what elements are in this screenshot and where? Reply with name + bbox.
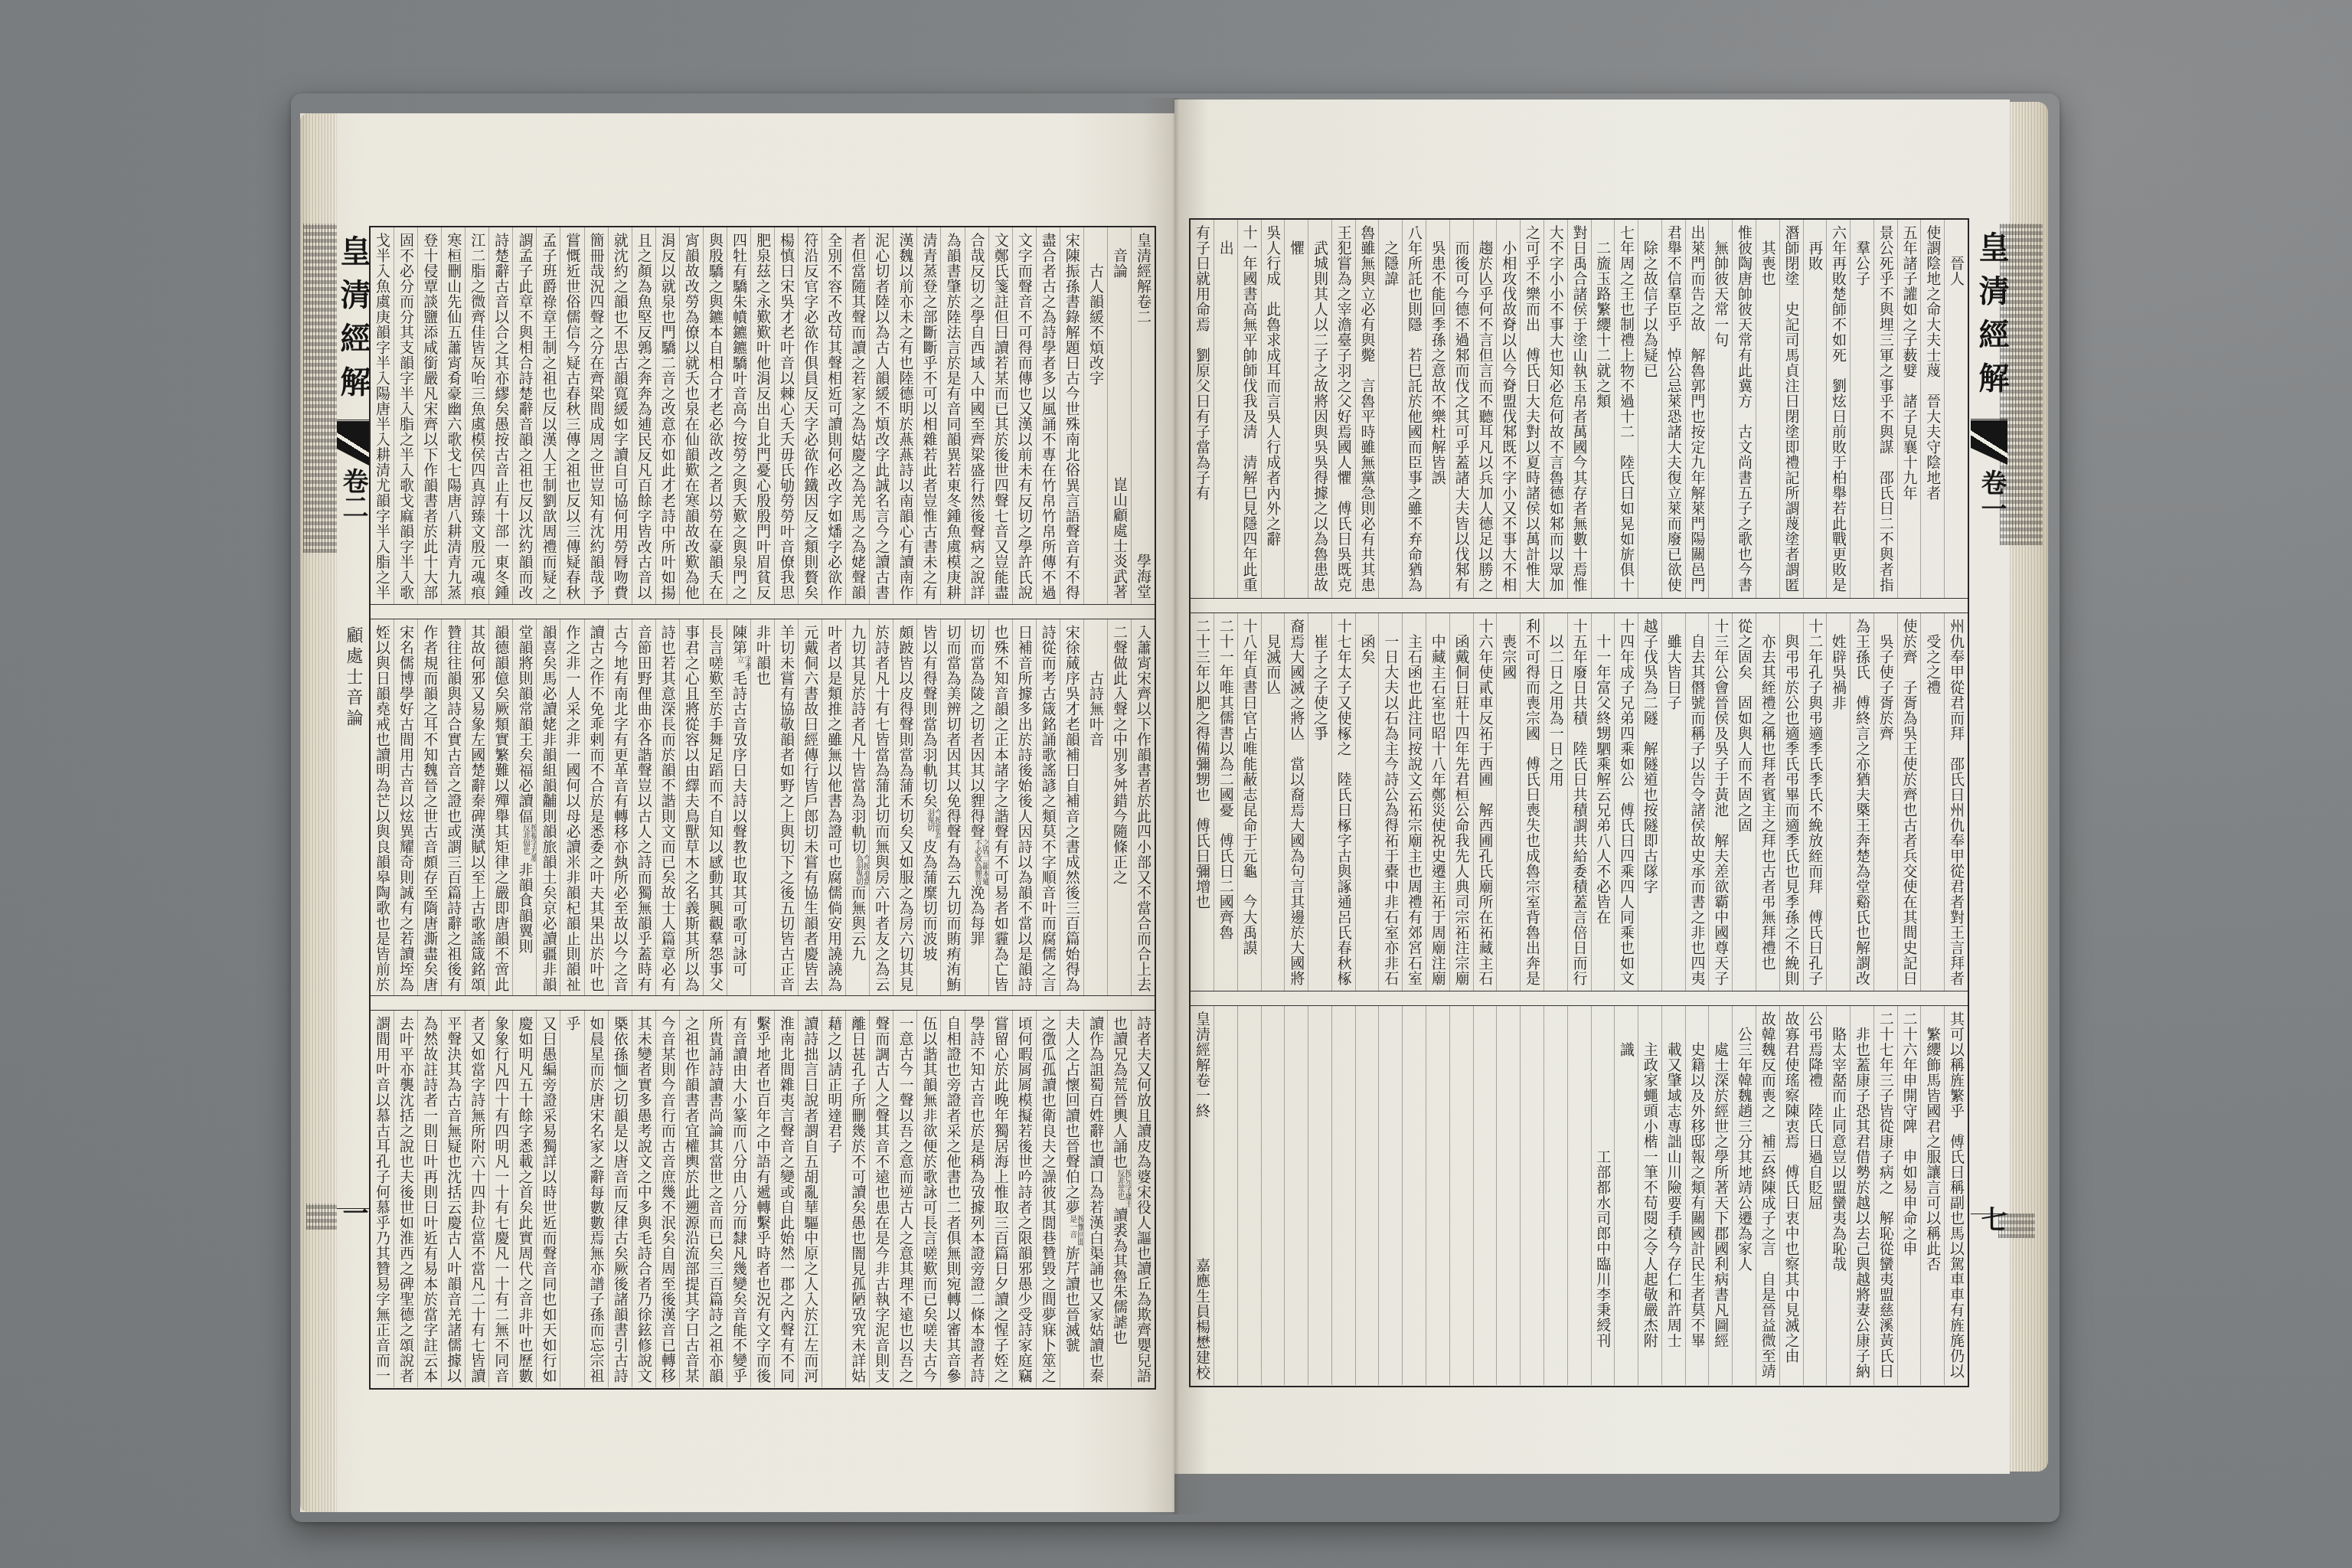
text-column: 簡冊哉況四聲之分在齊梁間成周之世豈知有沈約韻哉予	[584, 227, 608, 604]
text-column: 涓反以就泉也門驕二音之改意亦如此才老詩中所叶如揚	[655, 227, 679, 604]
banxin-title: 皇清經解	[337, 235, 369, 410]
column-text: 切而當為美辨切者因其以免得聲有為云九切而賄痏洧鮪	[945, 625, 962, 992]
column-text: 其可以稱旌繁乎 傅氏曰稱副也馬以駕車車有旌旄仍以	[1948, 1011, 1965, 1379]
column-text: 今音某則今音行而古音庶幾不泯矣自周至後漢音已轉移	[659, 1016, 676, 1383]
text-column: 十五年廢日共積 陸氏曰共積謂共給委積蓋言倍日而行	[1567, 613, 1591, 991]
column-text: 無帥彼天常一句	[1712, 225, 1729, 348]
column-text: 二十一年唯其儒書以為二國憂 傅氏曰二國齊魯	[1217, 619, 1234, 940]
text-column: 元戴侗六書故曰經傳行皆戶郎切未嘗有協生韻者慶皆去	[798, 619, 822, 995]
column-text: 武城則其人以二子之故將因與吳吳得據之以為魯患故	[1312, 225, 1328, 593]
column-text: 詩也若其意深長而於韻不諧則文而已矣故士人篇章必有	[659, 625, 676, 992]
column-text: 於詩者凡十有七皆當為蒲北切而無與房六叶者友之為云	[873, 625, 890, 992]
column-text: 清青蒸登之部斷斷乎不可以相雜若此者豈惟古書未之有	[920, 233, 937, 600]
text-column: 又曰愚編旁證采易獨詳以時世近而聲音同也如天如行如	[536, 1011, 560, 1387]
text-column: 二十一年唯其儒書以為二國憂 傅氏曰二國齊魯	[1214, 613, 1237, 991]
text-column: 如晨星而於唐宋名家之辭每數數焉無亦譜子孫而忘宗祖	[584, 1011, 608, 1387]
column-text: 泥心切者陸以為古人韻緩不煩改字此誠名言今之讀古書	[873, 233, 890, 600]
text-column: 亦去其絰禮之稱也拜者賓主之拜也古者弔無拜禮也	[1756, 613, 1779, 991]
column-text: 乎	[564, 1016, 581, 1031]
text-column: 使於齊 子胥為吳王使於齊也古者兵交使在其間史記曰	[1897, 613, 1921, 991]
column-text: 慶如明凡五十餘字悉載之首矣此實周代之音非叶也歷數	[516, 1016, 533, 1383]
column-text: 十一年國書高無平帥師伐我及清 清解巳見隱四年此重	[1241, 225, 1258, 593]
text-column: 作者規而韻之耳不知魏晉之世古音頗存至隋唐澌盡矣唐	[417, 619, 441, 995]
column-text: 崔子之子使之爭	[1312, 619, 1328, 741]
column-text: 詩從而考古箴銘誦歌謠諺之類莫不字順音叶而腐儒之言	[1040, 625, 1057, 992]
text-column	[1426, 1006, 1449, 1385]
column-text: 元戴侗六書故曰經傳行皆戶郎切未嘗有協生韻者慶皆去	[802, 625, 818, 992]
text-column	[1496, 1006, 1520, 1385]
text-column: 函矣	[1355, 613, 1379, 991]
text-column: 楊慎曰宋吳才老叶音以棘心夭夭毋氏劬勞勞叶音僚我思	[774, 227, 798, 604]
text-column: 聲而調古人之聲其音不遠也患在是今非古執字泥音則支	[869, 1011, 893, 1387]
column-text: 又曰愚編旁證采易獨詳以時世近而聲音同也如天如行如	[540, 1016, 557, 1383]
column-text: 受之之禮	[1924, 619, 1941, 695]
column-text: 作者規而韻之耳不知魏晉之世古音頗存至隋唐澌盡矣唐	[421, 625, 438, 992]
text-column: 音節田野俚曲亦各諧聲豈以古人之詩而獨無韻乎蓋時有	[632, 619, 655, 995]
text-column	[1378, 1006, 1402, 1385]
column-text: 為然故註詩者一則曰叶再則曰叶近有易本於當字註云本	[421, 1016, 438, 1383]
column-text: 十二年孔子與弔適季氏季氏不絻放絰而拜 傅氏曰孔子	[1806, 619, 1823, 986]
column-text: 二聲做此入聲之中別多舛錯今隨條正之	[1111, 625, 1128, 885]
text-column: 姓辟吳禍非	[1826, 613, 1850, 991]
text-column: 之隱諱	[1378, 220, 1402, 598]
column-text: 大不字小小不事大也知必危何故不言魯德如邾而以眾加	[1547, 225, 1564, 593]
column-text: 吳人行成 此魯求成耳而言吳人行成者內外之辭	[1264, 225, 1281, 547]
column-text: 楊慎曰宋吳才老叶音以棘心夭夭毋氏劬勞勞叶音僚我思	[778, 233, 795, 600]
column-text: 為韻書肇於陸法言於是有音同韻異若東冬鍾魚虞模庚耕	[945, 233, 962, 600]
column-text: 文鄭氏箋註但曰讀若某而已其於後世四聲七音又豈能盡	[992, 233, 1009, 600]
column-text: 者但當隨其聲而讀之若家之為姑慶之為羌馬之為姥聲韻	[849, 233, 866, 600]
column-text: 江二脂之微齊佳皆灰咍三魚虞模侯四真諄臻文殷元魂痕	[469, 233, 485, 600]
text-column: 魯雖無與立必有與斃 言魯平時雖無黨急則必有共其患	[1355, 220, 1379, 598]
text-column: 公弔焉降禮 陸氏曰過自貶屈	[1803, 1006, 1827, 1385]
text-column: 頗跛皆以皮得聲則當為蒲禾切矣又如服之為房六切其見	[893, 619, 916, 995]
column-text: 越子伐吳為二隧 解隧道也按隧即古隊字	[1641, 619, 1658, 894]
text-column: 謂間用叶音以慕古耳孔子何慕乎乃其贊易字無正音而一	[371, 1011, 394, 1387]
column-text: 十八年貞書曰官占唯能蔽志昆命于元龜 今大禹謨	[1241, 619, 1258, 955]
fish-tail-mark	[337, 421, 369, 465]
column-text: 十四年成子兄弟四乘如公 傅氏曰四乘四人同乘也如文	[1618, 619, 1635, 986]
text-column: 有音讀由大小篆而八分由八分而隸凡幾變矣音能不變乎	[727, 1011, 750, 1387]
register-middle: 入蕭宵宋齊以下作韻書者於此四小部又不當合而合上去二聲做此入聲之中別多舛錯今隨條正…	[371, 619, 1155, 996]
banxin-title: 皇清經解	[1971, 231, 2007, 406]
text-column	[1284, 1006, 1308, 1385]
text-column: 戈半入魚虞庚韻字半入陽唐半入耕清尤韻字半入脂之半	[371, 227, 394, 604]
column-text: 故寡君使瑤察陳衷焉 傅氏曰衷中也察其中見滅之由	[1783, 1011, 1800, 1364]
text-column: 中藏主石室也昭十八年鄭災使祝史遷主祏于周廟注廟	[1426, 613, 1449, 991]
column-text: 其喪也	[1759, 225, 1776, 286]
column-text: 雖大皆曰子	[1665, 619, 1682, 710]
column-text: 者又如當字詩無所附六十四卦位當不當凡二十有七皆讀	[469, 1016, 485, 1383]
text-column: 者又如當字詩無所附六十四卦位當不當凡二十有七皆讀	[465, 1011, 488, 1387]
column-text: 藉之以請正明達君子	[825, 1016, 842, 1154]
column-text: 戈半入魚虞庚韻字半入陽唐半入耕清尤韻字半入脂之半	[374, 233, 390, 600]
text-column: 音論崑山顧處士炎武著	[1107, 227, 1131, 604]
column-text: 與殷驕之與鑣本自相合才老必欲改之者以勞在豪韻夭在	[707, 233, 724, 600]
column-text: 公三年韓魏趙三分其地靖公遷為家人	[1736, 1011, 1753, 1272]
text-column: 吳子使子胥於齊	[1873, 613, 1897, 991]
text-column: 二十六年申開守陴 申如易申命之申	[1897, 1006, 1921, 1385]
column-text: 贊往往韻與詩合實古音之證也或謂三百篇詩辭之祖後有	[445, 625, 462, 992]
column-text: 使謂陰地之命大夫士蔑 晉大夫守陰地者	[1924, 225, 1941, 501]
text-column: 十一年富父終甥駟乘解云兄弟八人不必皆在	[1591, 613, 1615, 991]
column-top-text: 音論	[1108, 233, 1131, 279]
column-text: 自相證也旁證者采之他書也二者俱無則宛轉以審其音參	[945, 1016, 962, 1383]
text-column: 載又肇域志專詘山川險要手積今存仁和許周士	[1661, 1006, 1685, 1385]
column-text: 韻德韻億矣厥類實繁難以殫舉其矩律之嚴即唐韻不啻此	[492, 625, 509, 992]
column-text: 之祖也作韻書者宜權輿於此遡源沿流部提其字曰古音某	[683, 1016, 700, 1383]
text-column: 故韓魏反而喪之 補云終陳成子之言 自是晉益微至靖	[1756, 1006, 1779, 1385]
column-text: 對日禹合諸侯于塗山執玉帛者萬國今其存者無數十焉惟	[1571, 225, 1588, 593]
column-text: 中藏主石室也昭十八年鄭災使祝史遷主祏于周廟注廟	[1429, 619, 1446, 986]
text-column: 與殷驕之與鑣本自相合才老必欲改之者以勞在豪韻夭在	[703, 227, 727, 604]
left-edge-ink-bleed	[303, 224, 337, 553]
column-text: 二十七年三子皆從康子病之 解恥從蠻夷盟慈溪黃氏曰	[1877, 1011, 1894, 1379]
column-text: 去叶平亦襲沈括之說也夫後世如淮西之碑聖德之頌說者	[397, 1016, 414, 1383]
text-column: 自相證也旁證者采之他書也二者俱無則宛轉以審其音參	[940, 1011, 964, 1387]
column-text: 十一年富父終甥駟乘解云兄弟八人不必皆在	[1594, 619, 1611, 925]
text-column	[1520, 1006, 1543, 1385]
inline-note: 今按當為羽鬼切	[925, 808, 940, 839]
column-text: 槩依孫愐之切韻是以唐音而反律古矣厥後諸韻書引古詩	[612, 1016, 629, 1383]
text-column: 贊往往韻與詩合實古音之證也或謂三百篇詩辭之祖後有	[441, 619, 465, 995]
text-column: 羣公子	[1850, 220, 1873, 598]
column-text: 函矣	[1358, 619, 1375, 665]
column-text: 也讀兄為荒晉輿人誦也按兄字虛王反非荒也讀裘為其魯朱儒謔也	[1111, 1016, 1128, 1345]
column-text: 王犯嘗為之宰澹臺子羽之父好焉國人懼 傅氏曰吳既克	[1335, 225, 1352, 593]
column-text: 皆以有得聲則當為羽軌切矣今按當為羽鬼切皮為蒲糜切而波坡	[920, 625, 937, 962]
text-column: 叶者以是類推之雖無以他書為證可也腐儒倘安用譊譊為	[822, 619, 845, 995]
column-text: 盡合者古之為詩學者多以風誦不專在竹帛竹帛所傳不過	[1040, 233, 1057, 600]
text-column: 與弔弔於公也適季氏弔畢而適季氏也見季孫之不絻則	[1779, 613, 1803, 991]
text-column: 十八年貞書曰官占唯能蔽志昆命于元龜 今大禹謨	[1237, 613, 1261, 991]
column-text: 其故何邪又易象左國楚辭秦碑漢賦以至上古歌謠箴銘頌	[469, 625, 485, 992]
register-middle: 州仇奉甲從君而拜 邵氏曰州仇奉甲從君者對王言拜者 受之之禮使於齊 子胥為吳王使於…	[1191, 612, 1968, 991]
text-column: 古今地有南北字有更革音有轉移亦埶所必至故以今之音	[608, 619, 632, 995]
column-text: 謂間用叶音以慕古耳孔子何慕乎乃其贊易字無正音而一	[374, 1016, 390, 1383]
column-text: 文字而聲音不可得而傳也又漢以前未有反切之學許氏說	[1016, 233, 1033, 600]
text-column: 也殊不知音韻之正本諸字之諧聲有不可易者如霾為亡皆	[988, 619, 1012, 995]
column-text: 工部都水司郎中臨川李秉綬刊	[1594, 1011, 1611, 1348]
text-column: 懼	[1284, 220, 1308, 598]
column-text: 之徵瓜孤讀也衛良夫之譟彼其閭巷贊毀之間夢寐卜筮之	[1040, 1016, 1057, 1383]
text-column	[1449, 1006, 1473, 1385]
text-column: 之可乎不樂而出 傅氏曰大夫對以夏時諸侯以萬計惟大	[1520, 220, 1543, 598]
column-text: 自去其僭號而稱子以告令諸侯故史承而書之非也四夷	[1688, 619, 1705, 986]
column-text: 再敗	[1806, 225, 1823, 271]
column-text: 六年再敗楚師不如死 劉炫曰前敗于柏舉若此戰更敗是	[1830, 225, 1847, 593]
text-column: 漢魏以前亦未之有也陸德明於燕燕詩以南韻心有讀南作	[893, 227, 916, 604]
text-column: 其未變者實多愚考說文之中多與毛詩合者乃徐鉉修說文	[632, 1011, 655, 1387]
text-column: 所貴誦詩讀書尚論其當世之音而已矣三百篇詩之祖亦韻	[703, 1011, 727, 1387]
text-column: 文字而聲音不可得而傳也又漢以前未有反切之學許氏說	[1012, 227, 1036, 604]
column-text: 切而當為陵之切者因其以貍得聲之皆二韻本通不必改為貍音浼為每罪	[969, 625, 985, 946]
column-text: 五年諸子讙如之子薮嬖 諸子見襄十九年	[1900, 225, 1917, 501]
text-column: 六年再敗楚師不如死 劉炫曰前敗于柏舉若此戰更敗是	[1826, 220, 1850, 598]
text-column: 識	[1614, 1006, 1638, 1385]
text-column: 文鄭氏箋註但曰讀若某而已其於後世四聲七音又豈能盡	[988, 227, 1012, 604]
text-column: 而後可今德不過邾而伐之其可乎蓋諸大夫皆以伐邾有	[1449, 220, 1473, 598]
text-column: 詩也若其意深長而於韻不諧則文而已矣故士人篇章必有	[655, 619, 679, 995]
text-column: 頃何暇屑屑模擬若後世吟詩者之限韻邪愚少受詩家庭竊	[1012, 1011, 1036, 1387]
text-column: 作之非一人采之非一國何以母必讀米非韻杞韻止則韻祉	[560, 619, 583, 995]
text-column: 主石函也此注同按說文云祏宗廟主也周禮有郊宮石室	[1402, 613, 1426, 991]
text-column: 十四年成子兄弟四乘如公 傅氏曰四乘四人同乘也如文	[1614, 613, 1638, 991]
inline-note: 之皆二韻本通不必改為貍音	[973, 839, 988, 885]
text-column: 曰補音所據多出於詩後始後人因詩以為韻不當以是韻詩	[1012, 619, 1036, 995]
column-text: 嘗慨近世俗儒信今疑古春秋三傳之祖也反以三傳疑春秋	[564, 233, 581, 600]
column-text: 十五年廢日共積 陸氏曰共積謂共給委積蓋言倍日而行	[1571, 619, 1588, 986]
left-edge-page-number-bleed	[306, 1204, 337, 1230]
column-text: 公弔焉降禮 陸氏曰過自貶屈	[1806, 1011, 1823, 1210]
text-column: 離日甚孔子所刪幾於不可讀矣愚也闇見孤陋攷究未詳姑	[845, 1011, 869, 1387]
text-column: 就沈約之韻也不思古韻寬緩如字讀自可協何用勞脣吻費	[608, 227, 632, 604]
text-column: 使謂陰地之命大夫士蔑 晉大夫守陰地者	[1920, 220, 1944, 598]
text-column: 雖大皆曰子	[1661, 613, 1685, 991]
column-text: 堂韻將則韻常韻王矣福必讀偪按福字方墨反非偪也非韻食韻翼則	[516, 625, 533, 954]
text-column: 謂孟子此章不與相合詩楚辭音韻之祖也反以沈約韻而改	[512, 227, 536, 604]
text-column: 長言嗟歎至於手舞足蹈而不自知以感動其興觀羣怨事父	[703, 619, 727, 995]
text-column: 七年周之王也制禮上物不過十二 陸氏曰如晃如旂俱十	[1614, 220, 1638, 598]
text-column	[1331, 1006, 1355, 1385]
text-column: 之徵瓜孤讀也衛良夫之譟彼其閭巷贊毀之間夢寐卜筮之	[1036, 1011, 1060, 1387]
column-text: 如晨星而於唐宋名家之辭每數數焉無亦譜子孫而忘宗祖	[588, 1016, 605, 1383]
column-text: 頗跛皆以皮得聲則當為蒲禾切矣又如服之為房六切其見	[897, 625, 913, 992]
column-text: 主政家蠅頭小楷一筆不苟閱之令人起敬嚴杰附	[1641, 1011, 1658, 1348]
text-column: 宋陳振孫書錄解題曰古今世殊南北俗異言語聲音有不得	[1060, 227, 1083, 604]
text-column: 十七年太子又使椓之 陸氏曰椓字古與諑通呂氏春秋椓	[1331, 613, 1355, 991]
text-column: 四牡有驕朱幩鑣鑣驕叶音高今按勞之與夭歎之與泉門之	[727, 227, 750, 604]
text-column: 越子伐吳為二隧 解隧道也按隧即古隊字	[1638, 613, 1661, 991]
text-column: 二十七年三子皆從康子病之 解恥從蠻夷盟慈溪黃氏曰	[1873, 1006, 1897, 1385]
column-text: 讀古之作不免乖剌而不合於是悉委之叶夫其果出於叶也	[588, 625, 605, 992]
column-text: 十三年公會晉侯及吳子于黃池 解夫差欲霸中國尊天子	[1712, 619, 1729, 986]
column-text: 古人韻緩不煩改字	[1087, 233, 1104, 386]
column-text: 簡冊哉況四聲之分在齊梁間成周之世豈知有沈約韻哉予	[588, 233, 605, 600]
column-text: 固不必分而分其支韻字半入脂之半入歌戈麻韻字半入歌	[397, 233, 414, 600]
column-text: 除之故信子以為疑已	[1641, 225, 1658, 378]
text-column: 慶如明凡五十餘字悉載之首矣此實周代之音非叶也歷數	[512, 1011, 536, 1387]
banxin-juan-number: 卷二	[337, 468, 369, 523]
text-column: 大不字小小不事大也知必危何故不言魯德如邾而以眾加	[1543, 220, 1567, 598]
text-column: 肥泉茲之永歎歎叶他涓反出自北門憂心殷殷門叶眉貧反	[750, 227, 774, 604]
column-text: 惟彼陶唐帥彼天常有此冀方 古文尚書五子之歌也今書	[1736, 225, 1753, 593]
column-text: 寒桓刪山先仙五蕭宵肴豪幽六歌戈七陽唐八耕清青九蒸	[445, 233, 462, 600]
text-column: 八年所託也則隱 若巳託於他國而臣事之雖不弃命猶為	[1402, 220, 1426, 598]
column-text: 宋徐蕆序吳才老韻補曰自補音之書成然後三百篇始得為	[1063, 625, 1080, 992]
text-column: 夫人之占懷回讀也晉聲伯之夢按懷回即是一音旂芹讀也晉滅虢	[1060, 1011, 1083, 1387]
text-column: 韻德韻億矣厥類實繁難以殫舉其矩律之嚴即唐韻不啻此	[488, 619, 512, 995]
text-column: 淮南北間雜夷言聲音之變或自此始然一郡之內聲有不同	[774, 1011, 798, 1387]
text-column	[1237, 1006, 1261, 1385]
column-text: 謂孟子此章不與相合詩楚辭音韻之祖也反以沈約韻而改	[516, 233, 533, 600]
column-text: 平聲決其為古音無疑也沈括云慶古人叶韻音羌諸儒據以	[445, 1016, 462, 1383]
column-text: 州仇奉甲從君而拜 邵氏曰州仇奉甲從君者對王言拜者	[1948, 619, 1965, 986]
text-column: 韻喜矣馬必讀姥非韻組韻黼則韻旅韻土矣京必讀疆非韻	[536, 619, 560, 995]
column-text: 二十六年申開守陴 申如易申命之申	[1900, 1011, 1917, 1256]
register-top: 晉人使謂陰地之命大夫士蔑 晉大夫守陰地者五年諸子讙如之子薮嬖 諸子見襄十九年景公…	[1191, 220, 1968, 599]
text-column: 從之固矣 固如與人而不固之固	[1732, 613, 1756, 991]
column-text: 宋名儒博學好古間用古音以炫異耀奇則誠有之若讀垤為	[397, 625, 414, 992]
text-column: 惟彼陶唐帥彼天常有此冀方 古文尚書五子之歌也今書	[1732, 220, 1756, 598]
text-column: 其故何邪又易象左國楚辭秦碑漢賦以至上古歌謠箴銘頌	[465, 619, 488, 995]
column-text: 四牡有驕朱幩鑣鑣驕叶音高今按勞之與夭歎之與泉門之	[730, 233, 747, 600]
text-column: 為韻書肇於陸法言於是有音同韻異若東冬鍾魚虞模庚耕	[940, 227, 964, 604]
text-column: 泥心切者陸以為古人韻緩不煩改字此誠名言今之讀古書	[869, 227, 893, 604]
text-column: 崔子之子使之爭	[1308, 613, 1331, 991]
text-column: 宋名儒博學好古間用古音以炫異耀奇則誠有之若讀垤為	[394, 619, 417, 995]
text-column: 晉人	[1944, 220, 1968, 598]
text-column: 宵韻故改勞為僚以就夭也泉在仙韻歎在寒韻故改歎為他	[679, 227, 703, 604]
text-column: 見滅而亾	[1261, 613, 1285, 991]
text-column: 詩從而考古箴銘誦歌謠諺之類莫不字順音叶而腐儒之言	[1036, 619, 1060, 995]
text-column: 象象行凡四十有四明凡一十有七慶凡一十有二無不同音	[488, 1011, 512, 1387]
text-column: 切而當為美辨切者因其以免得聲有為云九切而賄痏洧鮪	[940, 619, 964, 995]
text-column: 十六年使貳車反祏于西圃 解西圃孔氏廟所在祏藏主石	[1473, 613, 1497, 991]
text-column: 再敗	[1803, 220, 1827, 598]
text-column: 五年諸子讙如之子薮嬖 諸子見襄十九年	[1897, 220, 1921, 598]
text-column: 登十侵覃談鹽添咸銜嚴凡宋齊以下作韻書者於此十大部	[417, 227, 441, 604]
text-column: 二聲做此入聲之中別多舛錯今隨條正之	[1107, 619, 1131, 995]
text-column: 一意古今一聲以吾之意而逆古人之意其理不遠也以吾之	[893, 1011, 916, 1387]
text-column: 受之之禮	[1920, 613, 1944, 991]
column-text: 夫人之占懷回讀也晉聲伯之夢按懷回即是一音旂芹讀也晉滅虢	[1063, 1016, 1080, 1353]
inline-note: 今按亦當為羽鬼切	[854, 854, 869, 885]
text-column: 符沿反官字必欲作俱員反天字必欲作鐵因反之類則贅矣	[798, 227, 822, 604]
text-column: 於詩者凡十有七皆當為蒲北切而無與房六叶者友之為云	[869, 619, 893, 995]
text-column: 清青蒸登之部斷斷乎不可以相雜若此者豈惟古書未之有	[916, 227, 940, 604]
column-text: 趨於亾乎何不言但言而不聽耳凡以兵加人德足以勝之	[1476, 225, 1493, 593]
column-text: 使於齊 子胥為吳王使於齊也古者兵交使在其間史記曰	[1900, 619, 1917, 986]
text-column: 也讀兄為荒晉輿人誦也按兄字虛王反非荒也讀裘為其魯朱儒謔也	[1107, 1011, 1131, 1387]
column-text: 伍以諧其韻無非欲便於歌詠可長言嗟歎而已矣嗟夫古今	[920, 1016, 937, 1383]
book-spine-gutter	[1142, 98, 1208, 1514]
inline-note: 字季立	[735, 655, 750, 671]
text-column: 寒桓刪山先仙五蕭宵肴豪幽六歌戈七陽唐八耕清青九蒸	[441, 227, 465, 604]
column-text: 孟子班爵祿章王制之祖也反以漢人王制劉歆周禮而疑之	[540, 233, 557, 600]
column-text: 音節田野俚曲亦各諧聲豈以古人之詩而獨無韻乎蓋時有	[635, 625, 652, 992]
column-text: 一意古今一聲以吾之意而逆古人之意其理不遠也以吾之	[897, 1016, 913, 1383]
text-column: 王犯嘗為之宰澹臺子羽之父好焉國人懼 傅氏曰吳既克	[1331, 220, 1355, 598]
column-text: 符沿反官字必欲作俱員反天字必欲作鐵因反之類則贅矣	[802, 233, 818, 600]
column-text: 事君之心且將從容以由繹夫鳥獸草木之名義斯其所以為	[683, 625, 700, 992]
column-text: 處士深於經世之學所著天下郡國利病書凡圖經	[1712, 1011, 1729, 1348]
column-text: 也殊不知音韻之正本諸字之諧聲有不可易者如霾為亡皆	[992, 625, 1009, 992]
fish-tail-mark	[1971, 420, 2007, 465]
text-column	[1473, 1006, 1497, 1385]
text-column: 出萊門而告之故 解魯郭門也按定九年解萊門陽關邑門	[1685, 220, 1709, 598]
column-text: 曰補音所據多出於詩後始後人因詩以為韻不當以是韻詩	[1016, 625, 1033, 992]
text-column: 十三年公會晉侯及吳子于黃池 解夫差欲霸中國尊天子	[1708, 613, 1732, 991]
text-column: 者但當隨其聲而讀之若家之為姑慶之為羌馬之為姥聲韻	[845, 227, 869, 604]
column-text: 喪宗國	[1500, 619, 1517, 680]
column-text: 古詩無叶音	[1087, 625, 1104, 747]
column-text: 涓反以就泉也門驕二音之改意亦如此才老詩中所叶如揚	[659, 233, 676, 600]
column-text: 而後可今德不過邾而伐之其可乎蓋諸大夫皆以伐邾有	[1453, 225, 1470, 593]
text-column: 喪宗國	[1496, 613, 1520, 991]
text-column	[1543, 1006, 1567, 1385]
text-column: 江二脂之微齊佳皆灰咍三魚虞模侯四真諄臻文殷元魂痕	[465, 227, 488, 604]
text-column: 史籍以及外移邸報之類有關國計民生者莫不畢	[1685, 1006, 1709, 1385]
text-column: 讀詩拙言曰說者謂自五胡亂華驅中原之人入於江左而河	[798, 1011, 822, 1387]
text-column: 乎	[560, 1011, 583, 1387]
text-column: 吳患不能回季孫之意故不樂杜解皆誤	[1426, 220, 1449, 598]
text-column: 公三年韓魏趙三分其地靖公遷為家人	[1732, 1006, 1756, 1385]
banxin-divider	[337, 420, 369, 420]
column-text: 姪以與日韻堯戒也讀明為芒以與良韻皋陶歌也是皆前於	[374, 625, 390, 992]
column-text: 十六年使貳車反祏于西圃 解西圃孔氏廟所在祏藏主石	[1476, 619, 1493, 986]
column-text: 肥泉茲之永歎歎叶他涓反出自北門憂心殷殷門叶眉貧反	[754, 233, 771, 600]
text-column: 全別不容不改苟其聲相近可讀則何必改字如燔字必欲作	[822, 227, 845, 604]
column-text: 漢魏以前亦未之有也陸德明於燕燕詩以南韻心有讀南作	[897, 233, 913, 600]
column-text: 非也蓋康子恐其君借勢於越以去己與越將妻公康子納	[1854, 1011, 1870, 1379]
text-column	[1261, 1006, 1285, 1385]
right-text-frame: 晉人使謂陰地之命大夫士蔑 晉大夫守陰地者五年諸子讙如之子薮嬖 諸子見襄十九年景公…	[1189, 218, 1969, 1387]
column-text: 識	[1618, 1011, 1635, 1057]
text-column: 羊切未嘗有協敬韻者如野之上與切下之後五切皆古正音	[774, 619, 798, 995]
column-text: 賂太宰嚭而止同意豈以盟蠻夷為恥哉	[1830, 1011, 1847, 1272]
column-text: 吳子使子胥於齊	[1877, 619, 1894, 741]
text-column: 藉之以請正明達君子	[822, 1011, 845, 1387]
text-column: 皆以有得聲則當為羽軌切矣今按當為羽鬼切皮為蒲糜切而波坡	[916, 619, 940, 995]
text-column: 切而當為陵之切者因其以貍得聲之皆二韻本通不必改為貍音浼為每罪	[965, 619, 988, 995]
column-text: 潛師閉塗 史記司馬貞注曰閉塗即禮記所謂蔑塗者謂匿	[1783, 225, 1800, 593]
text-column: 故寡君使瑤察陳衷焉 傅氏曰衷中也察其中見滅之由	[1779, 1006, 1803, 1385]
text-column: 非也蓋康子恐其君借勢於越以去己與越將妻公康子納	[1850, 1006, 1873, 1385]
column-text: 八年所託也則隱 若巳託於他國而臣事之雖不弃命猶為	[1406, 225, 1423, 593]
column-text: 之隱諱	[1382, 225, 1399, 286]
text-column: 固不必分而分其支韻字半入脂之半入歌戈麻韻字半入歌	[394, 227, 417, 604]
text-column: 為然故註詩者一則曰叶再則曰叶近有易本於當字註云本	[417, 1011, 441, 1387]
left-banxin: 皇清經解 卷二 顧處士音論 一	[337, 226, 369, 1390]
text-column: 古人韻緩不煩改字	[1083, 227, 1107, 604]
left-text-frame: 皇清經解卷二學海堂 音論崑山顧處士炎武著 古人韻緩不煩改字宋陳振孫書錄解題曰古今…	[369, 226, 1156, 1390]
text-column: 合哉反切之學自西域入中國至齊梁盛行然後聲病之說詳	[965, 227, 988, 604]
column-text: 古今地有南北字有更革音有轉移亦埶所必至故以今之音	[612, 625, 629, 992]
text-column: 嘗留心於此晚年獨居海上惟取三百篇日夕讀之惺子姪之	[988, 1011, 1012, 1387]
column-text: 十七年太子又使椓之 陸氏曰椓字古與諑通呂氏春秋椓	[1335, 619, 1352, 986]
text-column: 賂太宰嚭而止同意豈以盟蠻夷為恥哉	[1826, 1006, 1850, 1385]
column-text: 函戴侗曰莊十四年先君桓公命我先人典司宗祏注宗廟	[1453, 619, 1470, 986]
text-column: 十二年孔子與弔適季氏季氏不絻放絰而拜 傅氏曰孔子	[1803, 613, 1827, 991]
text-column: 無帥彼天常一句	[1708, 220, 1732, 598]
text-column: 一日大夫以石為主今詩公為得祏于橐中非石室亦非石	[1378, 613, 1402, 991]
column-text: 裔焉大國滅之將亾 當以裔焉大國為句言其邊於大國將	[1288, 619, 1305, 986]
text-column: 讀古之作不免乖剌而不合於是悉委之叶夫其果出於叶也	[584, 619, 608, 995]
column-text: 宵韻故改勞為僚以就夭也泉在仙韻歎在寒韻故改歎為他	[683, 233, 700, 600]
column-text: 作之非一人采之非一國何以母必讀米非韻杞韻止則韻祉	[564, 625, 581, 992]
column-text: 史籍以及外移邸報之類有關國計民生者莫不畢	[1688, 1011, 1705, 1348]
text-column: 詩楚辭古音以合之其亦繆矣愚按古音止有十部一東冬鍾	[488, 227, 512, 604]
column-text: 利不可得而喪宗國 傅氏曰喪失也成魯宗室背魯出奔是	[1524, 619, 1540, 986]
text-column: 其可以稱旌繁乎 傅氏曰稱副也馬以駕車車有旌旄仍以	[1944, 1006, 1968, 1385]
column-text: 其未變者實多愚考說文之中多與毛詩合者乃徐鉉修說文	[635, 1016, 652, 1383]
column-text: 景公死乎不與埋三軍之事乎不與謀 邵氏曰二不與者指	[1877, 225, 1894, 593]
text-column: 陳第字季立毛詩古音攷序曰夫詩以聲教也取其可歌可詠可	[727, 619, 750, 995]
column-text: 魯雖無與立必有與斃 言魯平時雖無黨急則必有共其患	[1358, 225, 1375, 593]
column-text: 詩楚辭古音以合之其亦繆矣愚按古音止有十部一東冬鍾	[492, 233, 509, 600]
text-column: 非叶韻也	[750, 619, 774, 995]
text-column: 君舉不信羣臣乎 悼公忌萊恐諸大夫復立萊而廢已欲使	[1661, 220, 1685, 598]
column-text: 離日甚孔子所刪幾於不可讀矣愚也闇見孤陋攷究未詳姑	[849, 1016, 866, 1383]
column-bottom-text: 崑山顧處士炎武著	[1108, 477, 1131, 599]
column-text: 以二日之用為一日之用	[1547, 619, 1564, 787]
column-text: 宋陳振孫書錄解題曰古今世殊南北俗異言語聲音有不得	[1063, 233, 1080, 600]
text-column: 趨於亾乎何不言但言而不聽耳凡以兵加人德足以勝之	[1473, 220, 1497, 598]
column-text: 君舉不信羣臣乎 悼公忌萊恐諸大夫復立萊而廢已欲使	[1665, 225, 1682, 593]
inline-note: 按懷回即是一音	[1068, 1215, 1083, 1246]
column-text: 頃何暇屑屑模擬若後世吟詩者之限韻邪愚少受詩家庭竊	[1016, 1016, 1033, 1383]
